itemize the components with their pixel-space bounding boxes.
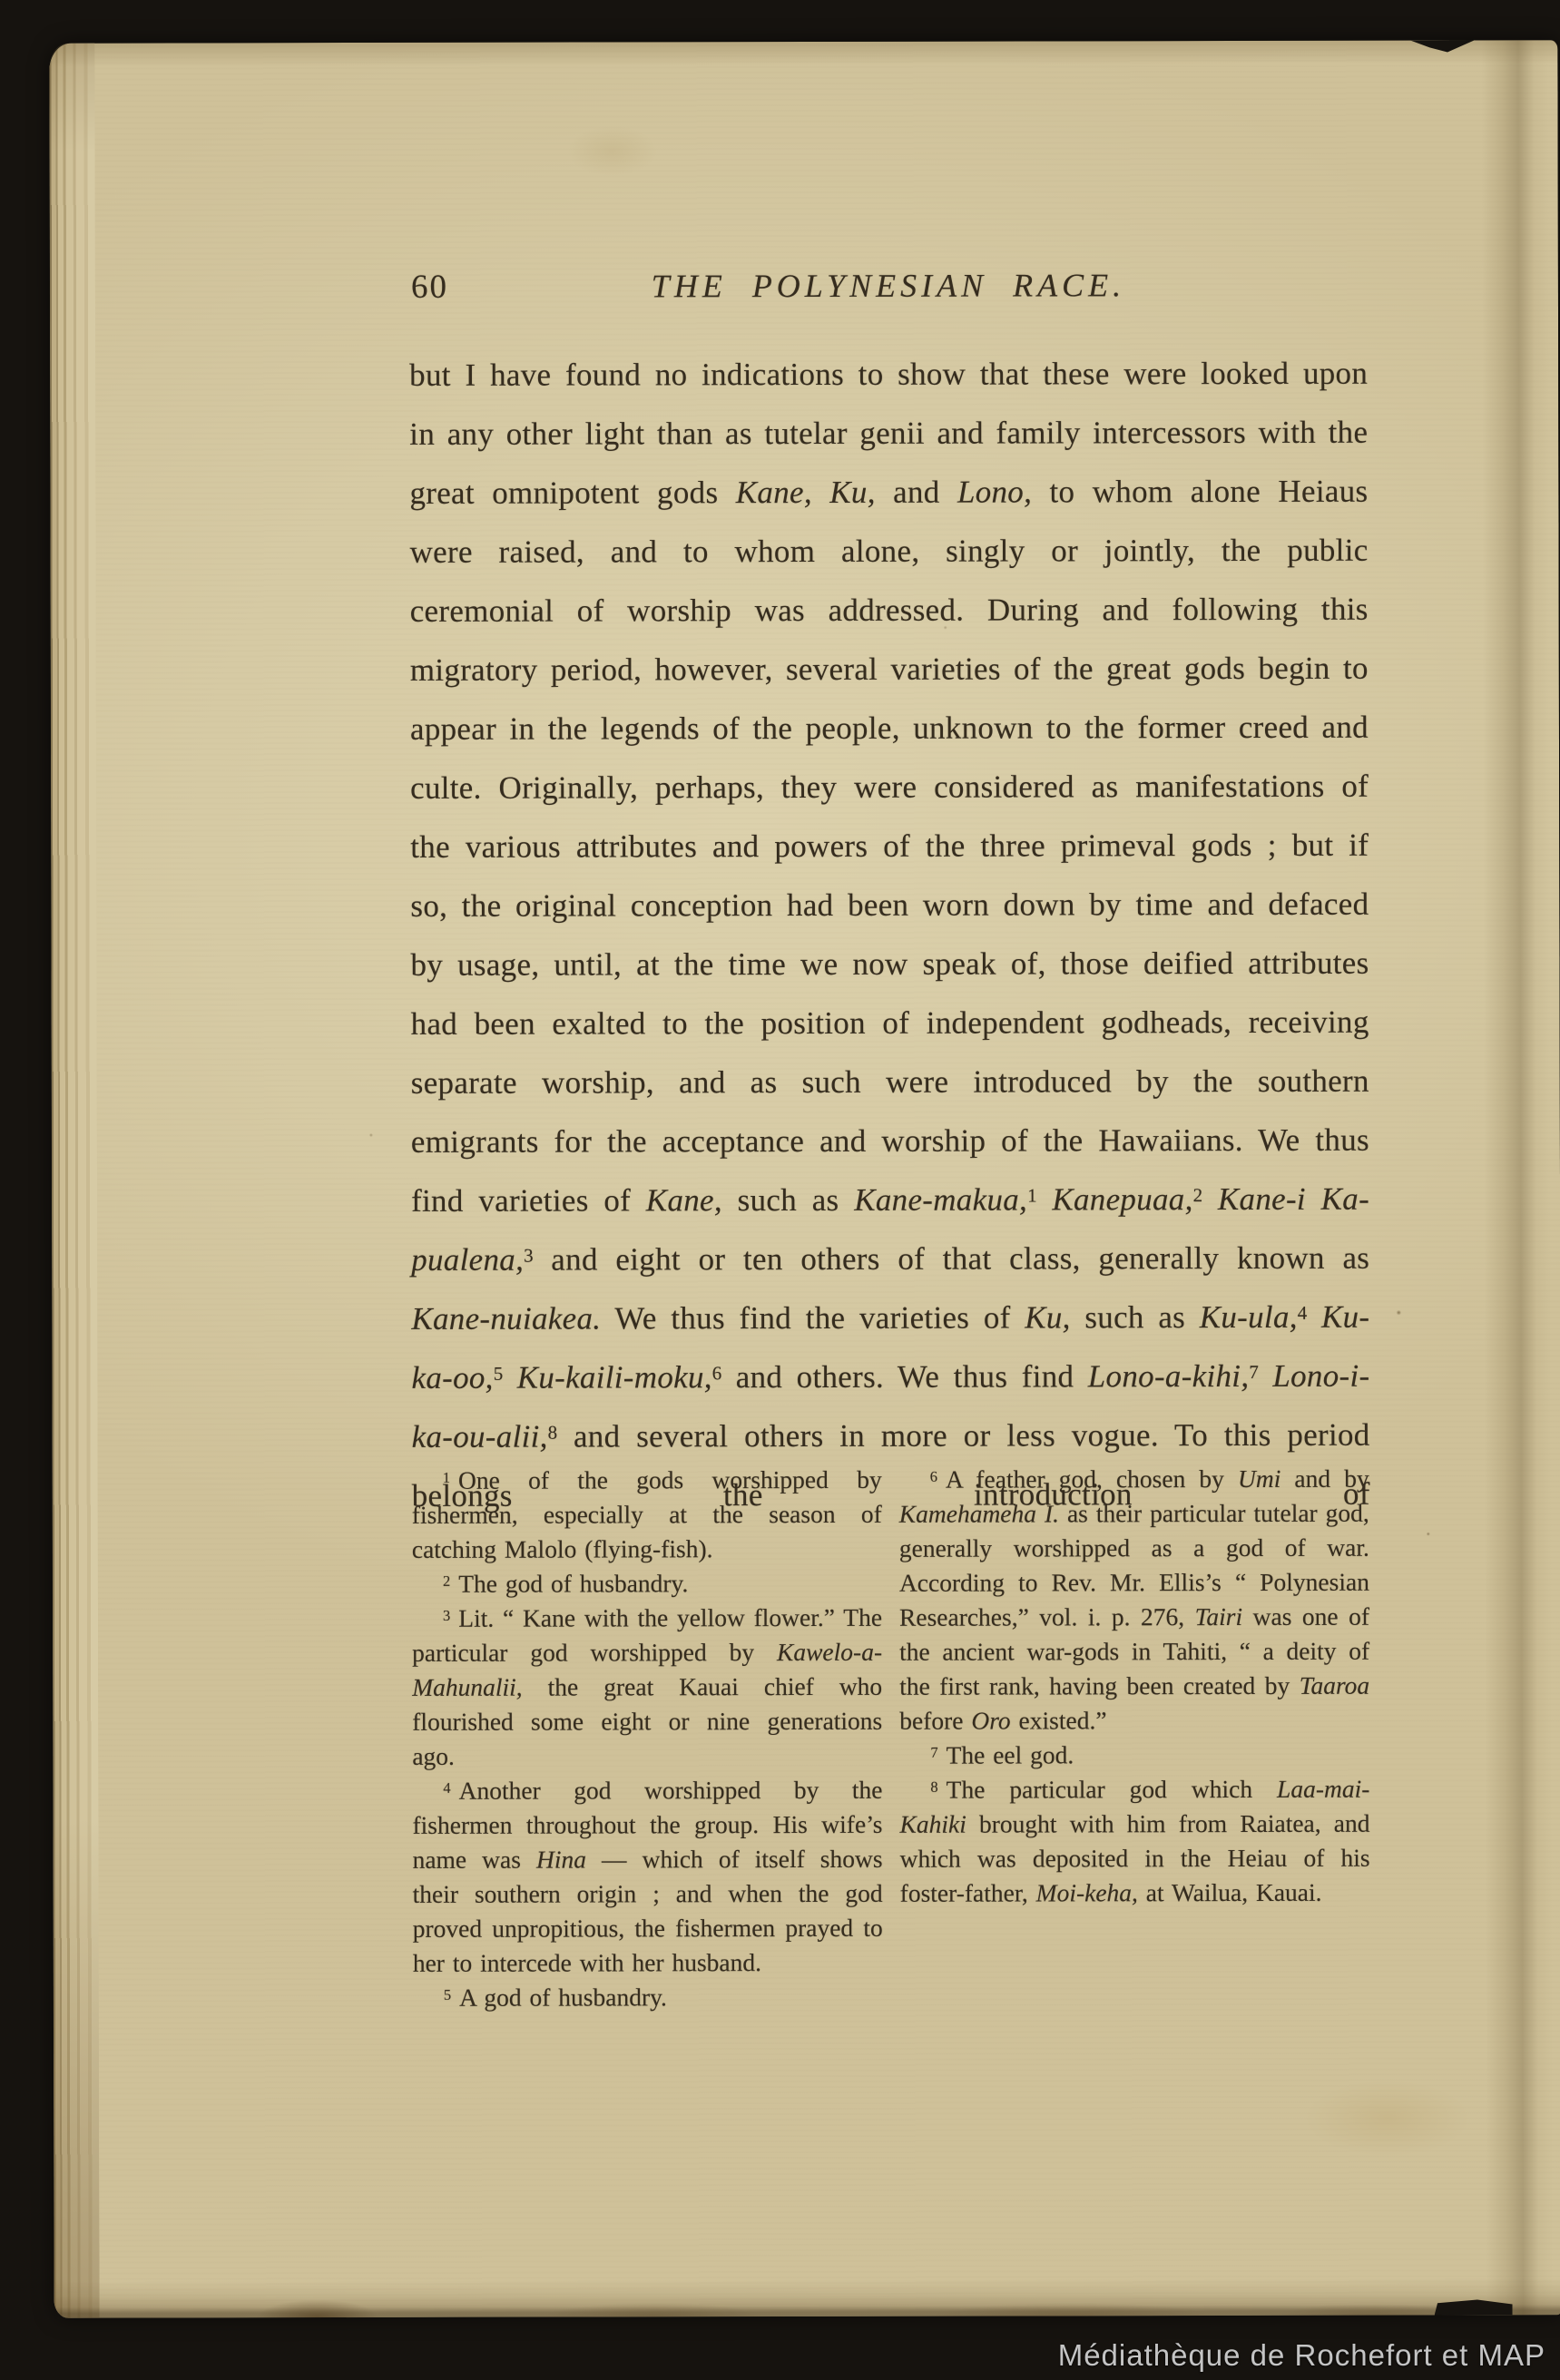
footnote-text: The eel god. bbox=[947, 1740, 1074, 1768]
footnote-2: 2The god of husbandry. bbox=[412, 1566, 882, 1601]
footnote-6: 6A feather god, chosen by Umi and by Kam… bbox=[899, 1462, 1370, 1738]
footnote-number: 5 bbox=[444, 1986, 451, 2003]
body-paragraph: but I have found no indications to show … bbox=[409, 344, 1370, 1525]
footnotes-left-column: 1One of the gods worshipped by fishermen… bbox=[412, 1463, 883, 2015]
footnote-1: 1One of the gods worshipped by fishermen… bbox=[412, 1463, 882, 1567]
footnote-text: A feather god, chosen by Umi and by Kame… bbox=[899, 1464, 1369, 1735]
footnote-7: 7The eel god. bbox=[899, 1738, 1369, 1773]
footnote-number: 3 bbox=[443, 1607, 450, 1624]
page-bottom-stain bbox=[54, 2251, 1560, 2317]
book-page: 60 THE POLYNESIAN RACE. but I have found… bbox=[49, 40, 1560, 2317]
footnote-text: Another god worshipped by the fishermen … bbox=[412, 1776, 882, 1977]
footnote-8: 8The particular god which Laa-mai-Kahiki… bbox=[899, 1772, 1369, 1911]
footnote-text: The particular god which Laa-mai-Kahiki … bbox=[899, 1775, 1369, 1907]
footnote-number: 1 bbox=[443, 1469, 450, 1486]
footnote-number: 2 bbox=[443, 1572, 450, 1590]
footnote-text: The god of husbandry. bbox=[458, 1569, 688, 1598]
library-watermark: Médiathèque de Rochefort et MAP bbox=[1058, 2338, 1545, 2373]
footnote-text: One of the gods worshipped by fishermen,… bbox=[412, 1465, 882, 1563]
footnote-number: 6 bbox=[930, 1468, 937, 1485]
footnotes-right-column: 6A feather god, chosen by Umi and by Kam… bbox=[899, 1462, 1370, 2014]
scanned-book-photo: 60 THE POLYNESIAN RACE. but I have found… bbox=[0, 0, 1560, 2380]
footnote-4: 4Another god worshipped by the fishermen… bbox=[412, 1773, 882, 1981]
footnote-number: 4 bbox=[443, 1779, 450, 1797]
footnotes-section: 1One of the gods worshipped by fishermen… bbox=[412, 1462, 1371, 2015]
footnote-number: 7 bbox=[930, 1744, 937, 1761]
page-header: 60 THE POLYNESIAN RACE. bbox=[409, 266, 1368, 311]
running-title: THE POLYNESIAN RACE. bbox=[409, 266, 1368, 306]
footnote-number: 8 bbox=[930, 1778, 937, 1796]
footnote-3: 3Lit. “ Kane with the yellow flower.” Th… bbox=[412, 1601, 882, 1774]
footnote-text: A god of husbandry. bbox=[459, 1983, 667, 2011]
footnote-5: 5A god of husbandry. bbox=[413, 1980, 883, 2015]
footnote-text: Lit. “ Kane with the yellow flower.” The… bbox=[412, 1603, 882, 1770]
